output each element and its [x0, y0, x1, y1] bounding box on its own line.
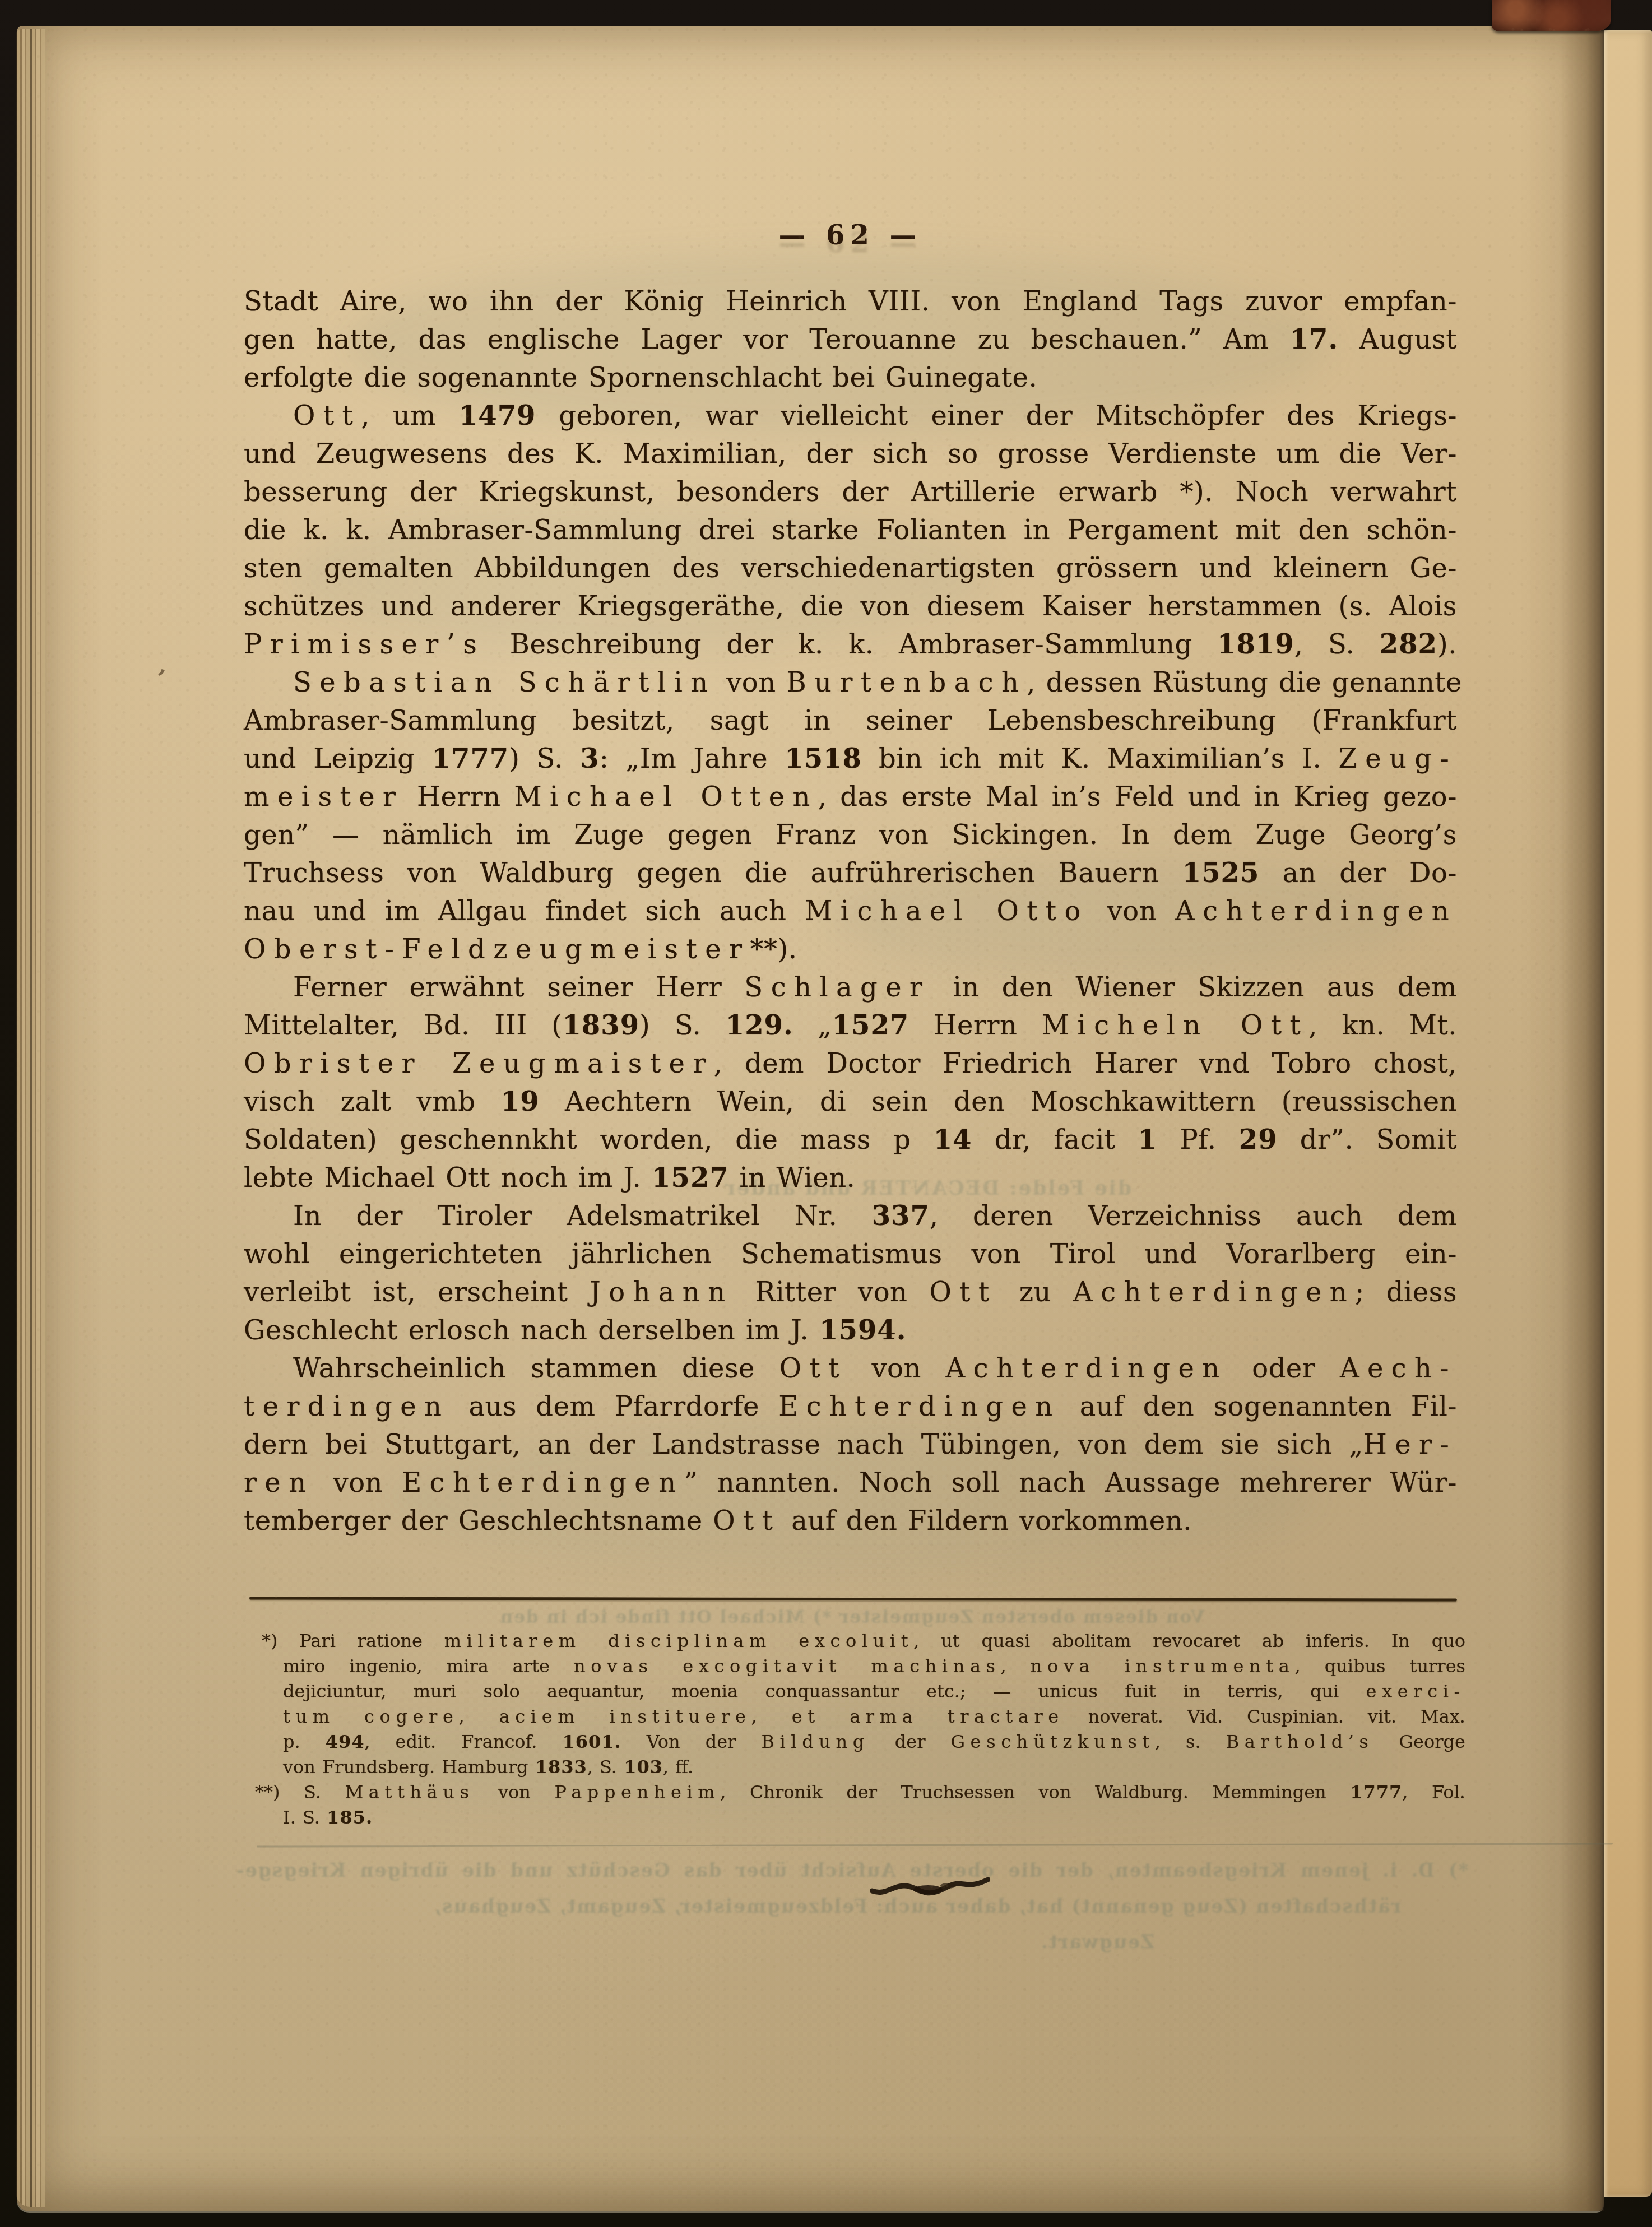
- text-segment: 1525: [1182, 857, 1260, 889]
- text-segment: , dem Doctor Friedrich Harer vnd Tobro c…: [714, 1048, 1457, 1079]
- body-line: Sebastian Schärtlin von Burtenbach, dess…: [244, 664, 1457, 702]
- text-segment: 1479: [459, 400, 536, 432]
- body-line: In der Tiroler Adelsmatrikel Nr. 337, de…: [244, 1197, 1457, 1235]
- scan-background: die Felde: DECANTER und ander — 62 — Sta…: [0, 0, 1652, 2227]
- text-segment: Aechtern Wein, di sein den Moschkawitter…: [540, 1086, 1457, 1117]
- text-segment: von: [716, 667, 786, 698]
- text-segment: auf den sogenannten Fil-: [1061, 1391, 1457, 1422]
- text-segment: 19: [501, 1086, 540, 1117]
- body-line: terdingen aus dem Pfarrdorfe Echterdinge…: [244, 1388, 1457, 1426]
- text-segment: dejiciuntur, muri solo aequantur, moenia…: [283, 1681, 1366, 1702]
- text-segment: oder: [1228, 1353, 1340, 1384]
- text-segment: 1527: [652, 1162, 729, 1194]
- text-segment: Aech-: [1340, 1353, 1457, 1384]
- body-line: und Leipzig 1777) S. 3: „Im Jahre 1518 b…: [244, 740, 1457, 778]
- text-segment: Achterdingen: [946, 1353, 1228, 1384]
- footnote-line: tum cogere, aciem instituere, et arma tr…: [255, 1704, 1465, 1729]
- text-segment: Geschlecht erlosch nach derselben im J.: [244, 1315, 819, 1346]
- text-segment: verleibt ist, erscheint: [244, 1277, 590, 1308]
- text-segment: Barthold’s: [1226, 1731, 1374, 1752]
- text-segment: Herrn: [909, 1010, 1042, 1041]
- footnote-block: *) Pari ratione militarem disciplinam ex…: [255, 1629, 1465, 1830]
- text-segment: ,: [1001, 1655, 1031, 1677]
- text-segment: 103: [624, 1756, 663, 1778]
- text-segment: erfolgte die sogenannte Spornenschlacht …: [244, 362, 1037, 393]
- text-segment: *) Pari ratione: [262, 1630, 444, 1651]
- body-line: Truchsess von Waldburg gegen die aufrühr…: [244, 854, 1457, 892]
- text-segment: , deren Verzeichniss auch dem: [930, 1200, 1457, 1232]
- text-segment: In der Tiroler Adelsmatrikel Nr.: [293, 1200, 872, 1232]
- text-segment: 282: [1380, 629, 1437, 660]
- text-segment: Wahrscheinlich stammen diese: [293, 1353, 779, 1384]
- text-segment: 494: [326, 1731, 365, 1752]
- body-line: Primisser’s Beschreibung der k. k. Ambra…: [244, 625, 1457, 664]
- text-segment: Ambraser-Sammlung besitzt, sagt in seine…: [244, 705, 1457, 736]
- text-segment: p.: [283, 1731, 326, 1752]
- text-segment: 1833: [535, 1756, 587, 1778]
- text-segment: , Chronik der Truchsessen von Waldburg. …: [720, 1781, 1350, 1803]
- text-segment: von Frundsberg. Hamburg: [283, 1756, 535, 1778]
- body-line: Ferner erwähnt seiner Herr Schlager in d…: [244, 968, 1457, 1006]
- text-segment: , s.: [1155, 1731, 1226, 1752]
- text-segment: noverat. Vid. Cuspinian. vit. Max.: [1064, 1706, 1465, 1727]
- text-segment: Her-: [1363, 1429, 1457, 1460]
- body-line: Soldaten) geschennkht worden, die mass p…: [244, 1121, 1457, 1159]
- body-line: schützes und anderer Kriegsgeräthe, die …: [244, 587, 1457, 625]
- text-segment: wohl eingerichteten jährlichen Schematis…: [244, 1238, 1457, 1270]
- text-segment: visch zalt vmb: [244, 1086, 501, 1117]
- text-segment: Ott: [930, 1277, 997, 1308]
- body-line: Stadt Aire, wo ihn der König Heinrich VI…: [244, 282, 1457, 321]
- text-segment: , das erste Mal in’s Feld und in Krieg g…: [818, 781, 1457, 813]
- text-segment: Schlager: [744, 972, 930, 1003]
- body-line: Ambraser-Sammlung besitzt, sagt in seine…: [244, 702, 1457, 740]
- text-segment: aus dem Pfarrdorfe: [449, 1391, 778, 1422]
- text-segment: 1594.: [819, 1315, 906, 1346]
- text-segment: 1: [1138, 1124, 1157, 1156]
- text-segment: Achterdingen: [1175, 896, 1457, 927]
- text-segment: Obrister Zeugmaister: [244, 1048, 714, 1079]
- text-segment: Michael Otto: [805, 896, 1089, 927]
- body-line: Mittelalter, Bd. III (1839) S. 129. „152…: [244, 1006, 1457, 1045]
- text-segment: Stadt Aire, wo ihn der König Heinrich VI…: [244, 286, 1457, 317]
- text-segment: novas excogitavit machinas: [574, 1655, 1001, 1677]
- text-segment: Burtenbach: [786, 667, 1027, 698]
- text-segment: , Fol.: [1402, 1781, 1465, 1803]
- text-segment: miro ingenio, mira arte: [283, 1655, 574, 1677]
- footnote-line: I. S. 185.: [255, 1805, 1465, 1830]
- body-line: lebte Michael Ott noch im J. 1527 in Wie…: [244, 1159, 1457, 1197]
- text-segment: gen” — nämlich im Zuge gegen Franz von S…: [244, 819, 1457, 851]
- ink-mark: [870, 1869, 990, 1904]
- footnote-line: p. 494, edit. Francof. 1601. Von der Bil…: [255, 1729, 1465, 1755]
- text-segment: Pappenheim: [554, 1781, 720, 1803]
- text-segment: 14: [934, 1124, 972, 1156]
- text-segment: gen hatte, das englische Lager vor Terou…: [244, 324, 1290, 355]
- text-segment: dern bei Stuttgart, an der Landstrasse n…: [244, 1429, 1363, 1460]
- body-line: Obrister Zeugmaister, dem Doctor Friedri…: [244, 1045, 1457, 1083]
- text-segment: Micheln Ott: [1042, 1010, 1308, 1041]
- text-segment: Von der: [621, 1731, 762, 1752]
- text-segment: Ott: [293, 400, 361, 432]
- text-segment: nau und im Allgau findet sich auch: [244, 896, 805, 927]
- text-segment: , ut quasi abolitam revocaret ab inferis…: [913, 1630, 1465, 1651]
- text-segment: Herrn: [403, 781, 514, 813]
- text-segment: terdingen: [244, 1391, 449, 1422]
- text-segment: : „Im Jahre: [600, 743, 785, 774]
- text-segment: , ff.: [663, 1756, 693, 1778]
- text-segment: ) S.: [509, 743, 580, 774]
- text-segment: , dessen Rüstung die genannte: [1027, 667, 1462, 698]
- text-segment: in Wien.: [729, 1162, 856, 1194]
- text-segment: 129.: [726, 1010, 793, 1041]
- text-segment: und Leipzig: [244, 743, 432, 774]
- text-segment: 17.: [1290, 324, 1339, 355]
- text-segment: Zeug-: [1338, 743, 1457, 774]
- page-number: — 62 —: [244, 220, 1457, 251]
- text-segment: Oberst-Feldzeugmeister: [244, 934, 750, 965]
- body-line: besserung der Kriegskunst, besonders der…: [244, 473, 1457, 511]
- body-line: Wahrscheinlich stammen diese Ott von Ach…: [244, 1349, 1457, 1388]
- text-segment: ; diess: [1355, 1277, 1457, 1308]
- text-segment: der: [870, 1731, 951, 1752]
- text-segment: Beschreibung der k. k. Ambraser-Sammlung: [485, 629, 1217, 660]
- footnote-line: dejiciuntur, muri solo aequantur, moenia…: [255, 1679, 1465, 1704]
- text-segment: George: [1374, 1731, 1465, 1752]
- text-segment: , um: [361, 400, 459, 432]
- text-segment: dr, facit: [972, 1124, 1138, 1156]
- footnote-line: **) S. Matthäus von Pappenheim, Chronik …: [255, 1780, 1465, 1805]
- text-segment: in den Wiener Skizzen aus dem: [930, 972, 1457, 1003]
- text-segment: die k. k. Ambraser-Sammlung drei starke …: [244, 514, 1457, 546]
- text-segment: von: [847, 1353, 946, 1384]
- text-segment: Geschützkunst: [950, 1731, 1154, 1752]
- text-segment: , edit. Francof.: [364, 1731, 562, 1752]
- text-segment: 1819: [1217, 629, 1294, 660]
- text-segment: , S.: [1294, 629, 1380, 660]
- body-line: ren von Echterdingen” nannten. Noch soll…: [244, 1464, 1457, 1502]
- text-segment: ” nannten. Noch soll nach Aussage mehrer…: [684, 1467, 1458, 1498]
- text-segment: Achterdingen: [1073, 1277, 1355, 1308]
- body-line: gen” — nämlich im Zuge gegen Franz von S…: [244, 816, 1457, 854]
- body-line: wohl eingerichteten jährlichen Schematis…: [244, 1235, 1457, 1273]
- text-segment: tum cogere, aciem instituere, et arma tr…: [283, 1706, 1064, 1727]
- body-line: meister Herrn Michael Otten, das erste M…: [244, 778, 1457, 816]
- text-segment: von: [314, 1467, 402, 1498]
- text-segment: besserung der Kriegskunst, besonders der…: [244, 476, 1457, 508]
- text-segment: 1839: [562, 1010, 639, 1041]
- text-segment: und Zeugwesens des K. Maximilian, der si…: [244, 438, 1457, 470]
- body-line: und Zeugwesens des K. Maximilian, der si…: [244, 435, 1457, 473]
- text-segment: I. S.: [283, 1807, 327, 1828]
- body-line: erfolgte die sogenannte Spornenschlacht …: [244, 359, 1457, 397]
- text-segment: geboren, war vielleicht einer der Mitsch…: [536, 400, 1457, 432]
- text-segment: 29: [1239, 1124, 1278, 1156]
- text-segment: 1777: [432, 743, 509, 774]
- text-segment: lebte Michael Ott noch im J.: [244, 1162, 652, 1194]
- text-segment: auf den Fildern vorkommen.: [781, 1505, 1191, 1537]
- text-segment: zu: [997, 1277, 1073, 1308]
- text-segment: **) S.: [255, 1781, 345, 1803]
- text-segment: Ritter von: [734, 1277, 930, 1308]
- text-segment: 1518: [785, 743, 862, 774]
- text-segment: **).: [750, 934, 797, 965]
- body-line: Geschlecht erlosch nach derselben im J. …: [244, 1311, 1457, 1349]
- text-segment: Michael Otten: [514, 781, 818, 813]
- body-line: gen hatte, das englische Lager vor Terou…: [244, 321, 1457, 359]
- text-segment: 185.: [327, 1807, 373, 1828]
- footnote-line: miro ingenio, mira arte novas excogitavi…: [255, 1654, 1465, 1679]
- text-block: Stadt Aire, wo ihn der König Heinrich VI…: [244, 282, 1457, 1540]
- text-segment: Ferner erwähnt seiner Herr: [293, 972, 744, 1003]
- text-segment: schützes und anderer Kriegsgeräthe, die …: [244, 591, 1457, 622]
- text-segment: 1601.: [562, 1731, 621, 1752]
- body-line: nau und im Allgau findet sich auch Micha…: [244, 892, 1457, 930]
- text-segment: ).: [1437, 629, 1457, 660]
- text-segment: Truchsess von Waldburg gegen die aufrühr…: [244, 857, 1182, 889]
- page-edge-stack: [16, 29, 45, 2207]
- text-segment: Johann: [590, 1277, 734, 1308]
- text-segment: bin ich mit K. Maximilian’s I.: [862, 743, 1339, 774]
- text-segment: sten gemalten Abbildungen des verschiede…: [244, 553, 1457, 584]
- text-segment: ren: [244, 1467, 314, 1498]
- text-segment: von: [475, 1781, 555, 1803]
- body-line: visch zalt vmb 19 Aechtern Wein, di sein…: [244, 1083, 1457, 1121]
- text-segment: Echterdingen: [778, 1391, 1060, 1422]
- text-segment: meister: [244, 781, 403, 813]
- text-segment: Ott: [713, 1505, 781, 1537]
- text-segment: nova instrumenta: [1031, 1655, 1295, 1677]
- text-segment: Pf.: [1157, 1124, 1239, 1156]
- text-segment: an der Do-: [1259, 857, 1457, 889]
- text-segment: 3: [580, 743, 599, 774]
- binding-leather-fragment: [1492, 0, 1611, 31]
- text-segment: 337: [872, 1200, 930, 1232]
- text-segment: temberger der Geschlechtsname: [244, 1505, 713, 1537]
- page-fold-shadow: [1524, 26, 1604, 2211]
- body-line: Ott, um 1479 geboren, war vielleicht ein…: [244, 397, 1457, 435]
- body-line: die k. k. Ambraser-Sammlung drei starke …: [244, 511, 1457, 549]
- body-line: sten gemalten Abbildungen des verschiede…: [244, 549, 1457, 587]
- text-segment: August: [1338, 324, 1457, 355]
- text-segment: Primisser’s: [244, 629, 485, 660]
- body-line: verleibt ist, erscheint Johann Ritter vo…: [244, 1273, 1457, 1311]
- text-segment: Mittelalter, Bd. III (: [244, 1010, 562, 1041]
- text-segment: 1527: [832, 1010, 909, 1041]
- text-segment: militarem disciplinam excoluit: [444, 1630, 913, 1651]
- text-segment: , kn. Mt.: [1308, 1010, 1457, 1041]
- footnote-line: *) Pari ratione militarem disciplinam ex…: [255, 1629, 1465, 1654]
- footnote-line: von Frundsberg. Hamburg 1833, S. 103, ff…: [255, 1755, 1465, 1780]
- body-line: temberger der Geschlechtsname Ott auf de…: [244, 1502, 1457, 1540]
- text-segment: 1777: [1350, 1781, 1402, 1803]
- adjacent-page-edge: [1604, 30, 1652, 2197]
- text-segment: Soldaten) geschennkht worden, die mass p: [244, 1124, 934, 1156]
- body-line: Oberst-Feldzeugmeister**).: [244, 930, 1457, 968]
- text-segment: , S.: [587, 1756, 624, 1778]
- body-line: dern bei Stuttgart, an der Landstrasse n…: [244, 1426, 1457, 1464]
- text-segment: Ott: [779, 1353, 847, 1384]
- text-segment: von: [1089, 896, 1175, 927]
- text-segment: Echterdingen: [402, 1467, 684, 1498]
- text-segment: Sebastian Schärtlin: [293, 667, 716, 698]
- text-segment: Bildung: [761, 1731, 869, 1752]
- text-segment: ) S.: [639, 1010, 726, 1041]
- text-segment: exerci-: [1366, 1681, 1465, 1702]
- text-segment: Matthäus: [345, 1781, 474, 1803]
- text-segment: , quibus turres: [1294, 1655, 1465, 1677]
- text-segment: dr”. Somit: [1278, 1124, 1457, 1156]
- text-segment: „: [793, 1010, 832, 1041]
